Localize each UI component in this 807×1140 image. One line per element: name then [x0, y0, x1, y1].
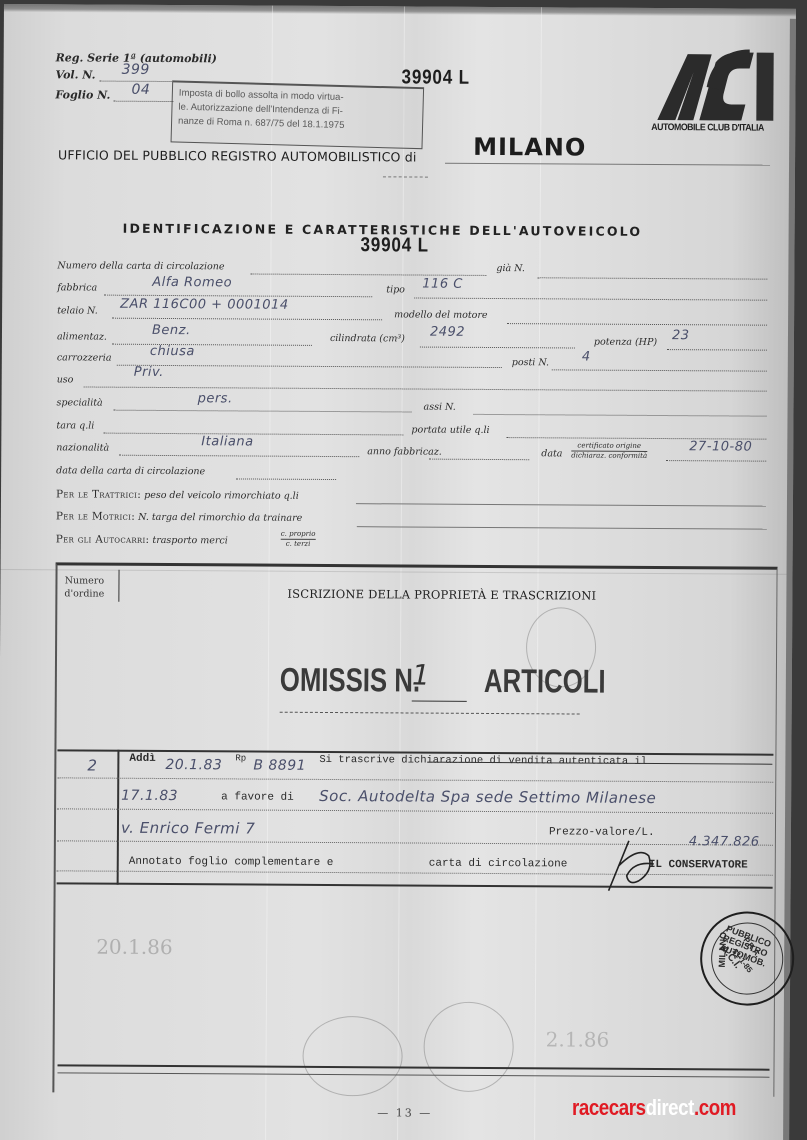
field-underline: [117, 365, 502, 368]
foglio-value: 04: [131, 82, 150, 98]
vol-value: 399: [122, 62, 150, 78]
favore-label: a favore di: [221, 791, 294, 803]
field-underline: [507, 323, 767, 326]
gia-label: già N.: [496, 263, 525, 274]
field-underline: [537, 277, 767, 279]
watermark-part: racecars: [572, 1095, 646, 1120]
autocarri-row: Per gli Autocarri: trasporto merci: [56, 533, 228, 546]
address-value: v. Enrico Fermi 7: [121, 819, 255, 838]
field-underline: [250, 274, 486, 276]
trattrici-label: peso del veicolo rimorchiato q.li: [144, 490, 299, 502]
carta-text: carta di circolazione: [429, 858, 568, 871]
portata-label: portata utile q.li: [411, 424, 489, 435]
autocarri-frac-bottom: c. terzi: [286, 540, 311, 548]
assi-label: assi N.: [424, 402, 456, 413]
omissis-prefix: OMISSIS N.: [280, 661, 420, 699]
uso-label: uso: [57, 374, 74, 385]
favore-value: Soc. Autodelta Spa sede Settimo Milanese: [319, 787, 656, 807]
data-carta-label: data della carta di circolazione: [56, 465, 205, 477]
potenza-label: potenza (HP): [594, 337, 657, 348]
potenza-value: 23: [672, 328, 690, 343]
data-frac-bottom: dichiaraz. conformità: [571, 451, 647, 459]
motrici-label: N. targa del rimorchio da trainare: [138, 512, 302, 524]
office-underline: [445, 163, 770, 166]
cilindrata-value: 2492: [430, 325, 465, 340]
vol-label: Vol. N.: [56, 68, 96, 81]
nazionalita-value: Italiana: [201, 434, 253, 449]
paper-top-edge: [4, 4, 796, 17]
trattrici-row: Per le Trattrici: peso del veicolo rimor…: [56, 488, 299, 501]
aci-caption: AUTOMOBILE CLUB D'ITALIA: [651, 122, 764, 134]
data-value: 27-10-80: [689, 439, 752, 454]
nazionalita-label: nazionalità: [56, 442, 109, 453]
cilindrata-label: cilindrata (cm³): [330, 333, 405, 344]
field-underline: [114, 410, 412, 413]
tipo-label: tipo: [386, 284, 405, 295]
telaio-label: telaio N.: [57, 305, 98, 316]
specialita-label: specialità: [57, 397, 103, 408]
order-number-header-line: Numero: [64, 574, 104, 587]
field-underline: [667, 349, 767, 351]
autocarri-fraction: c. proprio c. terzi: [281, 530, 316, 549]
uso-value: Priv.: [134, 365, 164, 380]
data-frac-top: certificato origine: [571, 441, 647, 451]
tax-stamp: Imposta di bollo assolta in modo virtua-…: [171, 80, 425, 149]
office-city: MILANO: [473, 133, 586, 162]
ownership-title: ISCRIZIONE DELLA PROPRIETÀ E TRASCRIZION…: [287, 587, 596, 603]
entry-date: 17.1.83: [121, 788, 178, 804]
registration-document: Reg. Serie 1ª (automobili) Vol. N. 399 F…: [0, 4, 796, 1140]
telaio-value: ZAR 116C00 + 0001014: [120, 297, 289, 313]
foglio-label: Foglio N.: [55, 88, 110, 101]
field-underline: [414, 298, 767, 301]
field-underline: [473, 414, 766, 417]
decorative-rule: [383, 176, 428, 177]
specialita-value: pers.: [198, 391, 233, 406]
field-underline: [112, 344, 312, 346]
carrozzeria-value: chiusa: [150, 344, 195, 359]
carta-circolazione-label: Numero della carta di circolazione: [57, 260, 224, 272]
omissis-suffix: ARTICOLI: [484, 662, 606, 700]
field-underline: [666, 460, 766, 462]
rp-value: B 8891: [253, 758, 306, 774]
data-label: data: [541, 448, 562, 459]
conservatore-signature-icon: [599, 836, 669, 896]
field-underline: [112, 318, 382, 321]
fabbrica-label: fabbrica: [57, 282, 97, 293]
motrici-row: Per le Motrici: N. targa del rimorchio d…: [56, 510, 302, 524]
addi-value: 20.1.83: [165, 757, 222, 773]
identification-number: 39904 L: [360, 234, 428, 257]
faded-entry-date: 2.1.86: [546, 1027, 610, 1051]
annotato-text: Annotato foglio complementare e: [129, 856, 334, 869]
trattrici-prefix: Per le Trattrici:: [56, 488, 141, 501]
tara-label: tara q.li: [56, 420, 94, 431]
anno-label: anno fabbricaz.: [367, 446, 442, 457]
faded-stamp: [302, 1016, 402, 1097]
omissis-stamp: OMISSIS N.ARTICOLI: [280, 661, 606, 701]
trascrive-text: Si trascrive dichiarazione di vendita au…: [319, 754, 647, 768]
autocarri-label: trasporto merci: [152, 535, 227, 546]
rp-label: Rp: [235, 753, 246, 763]
modello-motore-label: modello del motore: [394, 309, 488, 321]
prezzo-value: 4.347.826: [689, 834, 760, 849]
order-column-divider: [118, 570, 119, 602]
field-underline: [429, 459, 529, 461]
tipo-value: 116 C: [422, 277, 463, 292]
field-underline: [84, 386, 767, 391]
order-number-header-line: d'ordine: [64, 587, 104, 600]
foglio-underline: [113, 101, 173, 102]
field-underline: [236, 478, 336, 480]
watermark-part: direct: [646, 1095, 694, 1120]
office-label: UFFICIO DEL PUBBLICO REGISTRO AUTOMOBILI…: [58, 147, 417, 164]
carrozzeria-label: carrozzeria: [57, 352, 112, 363]
addi-label: Addì: [129, 753, 155, 765]
autocarri-frac-top: c. proprio: [281, 530, 316, 540]
field-underline: [357, 526, 767, 530]
field-underline: [119, 455, 359, 457]
alimentaz-value: Benz.: [152, 323, 191, 338]
faded-entry-date: 20.1.86: [96, 935, 172, 959]
autocarri-prefix: Per gli Autocarri:: [56, 533, 150, 546]
motrici-prefix: Per le Motrici:: [56, 510, 135, 522]
faded-stamp: [423, 1002, 514, 1093]
fabbrica-value: Alfa Romeo: [152, 275, 232, 290]
watermark-part: .com: [694, 1095, 736, 1120]
omissis-number: 1: [412, 659, 430, 692]
posti-label: posti N.: [512, 357, 549, 368]
posti-value: 4: [582, 350, 591, 365]
field-underline: [552, 369, 767, 371]
field-underline: [356, 503, 766, 507]
order-number-header: Numero d'ordine: [64, 574, 104, 600]
page-number: — 13 —: [377, 1106, 432, 1119]
alimentaz-label: alimentaz.: [57, 331, 107, 342]
entry-order-number: 2: [87, 757, 97, 775]
data-fraction: certificato origine dichiaraz. conformit…: [571, 441, 647, 460]
field-underline: [420, 347, 575, 349]
racecarsdirect-watermark: racecarsdirect.com: [572, 1095, 736, 1121]
